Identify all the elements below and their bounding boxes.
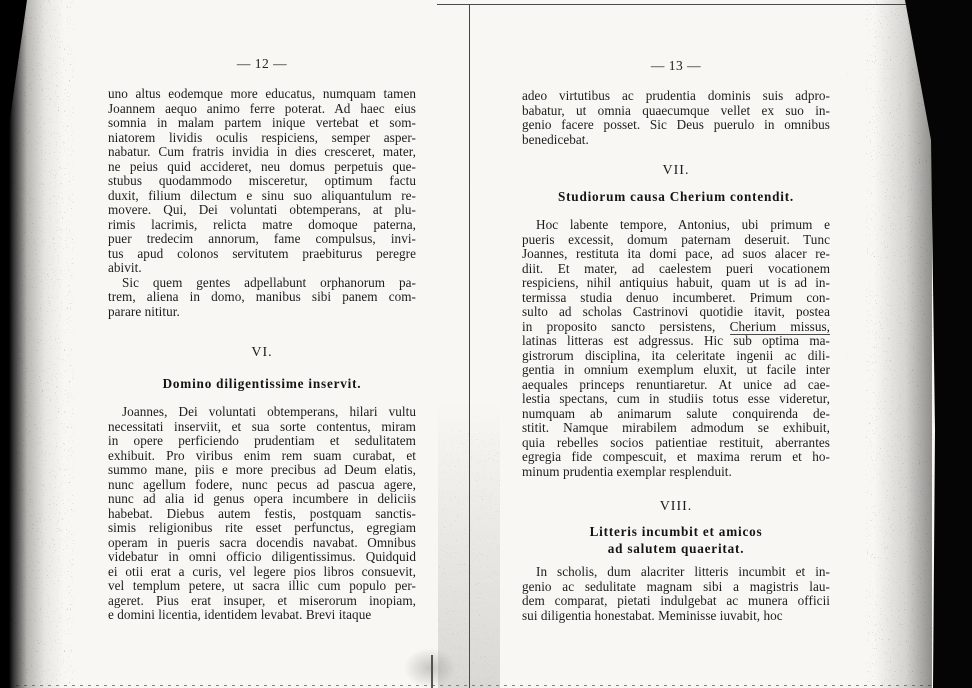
chapter-title-line: ad salutem quaeritat. bbox=[522, 540, 830, 557]
text-line: e domini licentia, identidem levabat. Br… bbox=[108, 608, 416, 623]
text-line: dem comparat, pietati indulgebat ac mune… bbox=[522, 594, 830, 609]
text-line: duxit, filium dilectum e sinu suo aliqua… bbox=[108, 189, 416, 204]
text-line: in proposito sancto persistens, Cherium … bbox=[522, 320, 830, 335]
text-line: videbatur in omni officio diligentissimu… bbox=[108, 550, 416, 565]
chapter-title: Studiorum causa Cherium contendit. bbox=[522, 189, 830, 204]
text-line: habebat. Diebus autem festis, postquam s… bbox=[108, 507, 416, 522]
chapter-title-line: Studiorum causa Cherium contendit. bbox=[522, 189, 830, 204]
chapter-number: VIII. bbox=[522, 499, 830, 514]
text-line: nunc agellum fodere, nunc pecus ad pascu… bbox=[108, 478, 416, 493]
text-line: gistrorum disciplina, ita celeritate ing… bbox=[522, 349, 830, 364]
text-line: ne peius quid accideret, neu domus perpe… bbox=[108, 160, 416, 175]
text-line: benedicebat. bbox=[522, 133, 830, 148]
text-line: ei otii erat a curis, vel legere pios li… bbox=[108, 565, 416, 580]
gutter-shading bbox=[438, 400, 500, 688]
text-line: stitit. Namque mirabilem admodum se exhi… bbox=[522, 421, 830, 436]
text-line: gentia in omnium exemplum eluxit, ut fac… bbox=[522, 363, 830, 378]
text-line: babatur, ut omnia quaecumque vellet ex s… bbox=[522, 104, 830, 119]
text-line: diit. Et mater, ad caelestem pueri vocat… bbox=[522, 262, 830, 277]
text-line: parare nititur. bbox=[108, 305, 416, 320]
text-line: exhibuit. Pro viribus enim rem suam cura… bbox=[108, 449, 416, 464]
paragraph: Joannes, Dei voluntati obtemperans, hila… bbox=[108, 405, 416, 623]
text-line: termissa studia denuo incumberet. Primum… bbox=[522, 291, 830, 306]
text-line: aequales princeps renuntiaretur. At unic… bbox=[522, 378, 830, 393]
paragraph: adeo virtutibus ac prudentia dominis sui… bbox=[522, 89, 830, 147]
paragraph: Hoc labente tempore, Antonius, ubi primu… bbox=[522, 218, 830, 479]
text-line: In scholis, dum alacriter litteris incum… bbox=[522, 565, 830, 580]
paragraph: uno altus eodemque more educatus, numqua… bbox=[108, 87, 416, 276]
chapter-title: Domino diligentissime inservit. bbox=[108, 376, 416, 391]
text-line: abivit. bbox=[108, 261, 416, 276]
scan-edge-right-fade bbox=[874, 0, 932, 688]
text-line: uno altus eodemque more educatus, numqua… bbox=[108, 87, 416, 102]
text-line: pueris excessit, domum paternam deseruit… bbox=[522, 233, 830, 248]
text-line: nunc ad alia id genus opera incumbere in… bbox=[108, 492, 416, 507]
text-line: respiciens, nihil antiquius habuit, quam… bbox=[522, 276, 830, 291]
text-line: nabatur. Cum fratris invidia in dies cre… bbox=[108, 145, 416, 160]
chapter-title-line: Domino diligentissime inservit. bbox=[108, 376, 416, 391]
text-line: rimis lacrimis, relicta matre domoque pa… bbox=[108, 218, 416, 233]
text-line: trem, aliena in domo, manibus sibi panem… bbox=[108, 290, 416, 305]
text-line: sui diligentia honestabat. Meminisse iuv… bbox=[522, 609, 830, 624]
text-line: operam in pueris sacra docendis navabat.… bbox=[108, 536, 416, 551]
text-line: stubus quodammodo misceretur, optimum fa… bbox=[108, 174, 416, 189]
text-line: vel templum petere, ut sacra illic cum p… bbox=[108, 579, 416, 594]
text-line: quia rebelles socios patientiae restitui… bbox=[522, 436, 830, 451]
text-line: summo mane, piis e more precibus ad Deum… bbox=[108, 463, 416, 478]
text-line: puer tredecim annorum, fame compulsus, i… bbox=[108, 232, 416, 247]
text-line: minum prudentia exemplar resplenduit. bbox=[522, 465, 830, 480]
page-right: — 13 — adeo virtutibus ac prudentia domi… bbox=[522, 59, 830, 623]
text-line: simis religionibus rite esset perfunctus… bbox=[108, 521, 416, 536]
page-left: — 12 — uno altus eodemque more educatus,… bbox=[108, 57, 416, 623]
text-line: niatorem lividis oculis respiciens, semp… bbox=[108, 131, 416, 146]
text-line: Joannem aequo animo ferre poterat. Ad ha… bbox=[108, 102, 416, 117]
text-line: movere. Qui, Dei voluntati obtemperans, … bbox=[108, 203, 416, 218]
text-line: numquam ab animarum salute conquirenda d… bbox=[522, 407, 830, 422]
text-line: necessitati inserviit, et sua sorte cont… bbox=[108, 420, 416, 435]
text-line: somnia in malam partem inique vertebat e… bbox=[108, 116, 416, 131]
text-line: genio facere posset. Sic Deus puerulo in… bbox=[522, 118, 830, 133]
page-content: uno altus eodemque more educatus, numqua… bbox=[108, 87, 416, 623]
text-line: tus apud colonos servitutem praebiturus … bbox=[108, 247, 416, 262]
text-line: sulto ad scholas Castrinovi quotidie ita… bbox=[522, 305, 830, 320]
text-line: Sic quem gentes adpellabunt orphanorum p… bbox=[108, 276, 416, 291]
text-line: in opere perficiendo prudentiam et sedul… bbox=[108, 434, 416, 449]
text-line: Hoc labente tempore, Antonius, ubi primu… bbox=[522, 218, 830, 233]
text-line: Joannes, restituta ita domi pace, ad suo… bbox=[522, 247, 830, 262]
text-line: genio ac sedulitate magnam sibi a magist… bbox=[522, 580, 830, 595]
chapter-number: VI. bbox=[108, 345, 416, 360]
text-line: lestia spectans, cum in studiis totus es… bbox=[522, 392, 830, 407]
text-line: egregia fide compescuit, et maxima rerum… bbox=[522, 450, 830, 465]
text-line: ageret. Pius erat insuper, et miserorum … bbox=[108, 594, 416, 609]
text-line: adeo virtutibus ac prudentia dominis sui… bbox=[522, 89, 830, 104]
paragraph: Sic quem gentes adpellabunt orphanorum p… bbox=[108, 276, 416, 320]
book-scan-spread: — 12 — uno altus eodemque more educatus,… bbox=[0, 0, 972, 688]
scan-smudge-mark bbox=[431, 655, 433, 688]
chapter-title: Litteris incumbit et amicosad salutem qu… bbox=[522, 523, 830, 557]
page-number: — 13 — bbox=[522, 59, 830, 73]
text-line: Joannes, Dei voluntati obtemperans, hila… bbox=[108, 405, 416, 420]
scan-border-top-line bbox=[437, 4, 907, 5]
scan-smudge bbox=[404, 648, 456, 688]
paragraph: In scholis, dum alacriter litteris incum… bbox=[522, 565, 830, 623]
page-number: — 12 — bbox=[108, 57, 416, 71]
text-line: latinas litteras est adgressus. Hic sub … bbox=[522, 334, 830, 349]
chapter-title-line: Litteris incumbit et amicos bbox=[522, 523, 830, 540]
chapter-number: VII. bbox=[522, 163, 830, 178]
page-content: adeo virtutibus ac prudentia dominis sui… bbox=[522, 89, 830, 623]
